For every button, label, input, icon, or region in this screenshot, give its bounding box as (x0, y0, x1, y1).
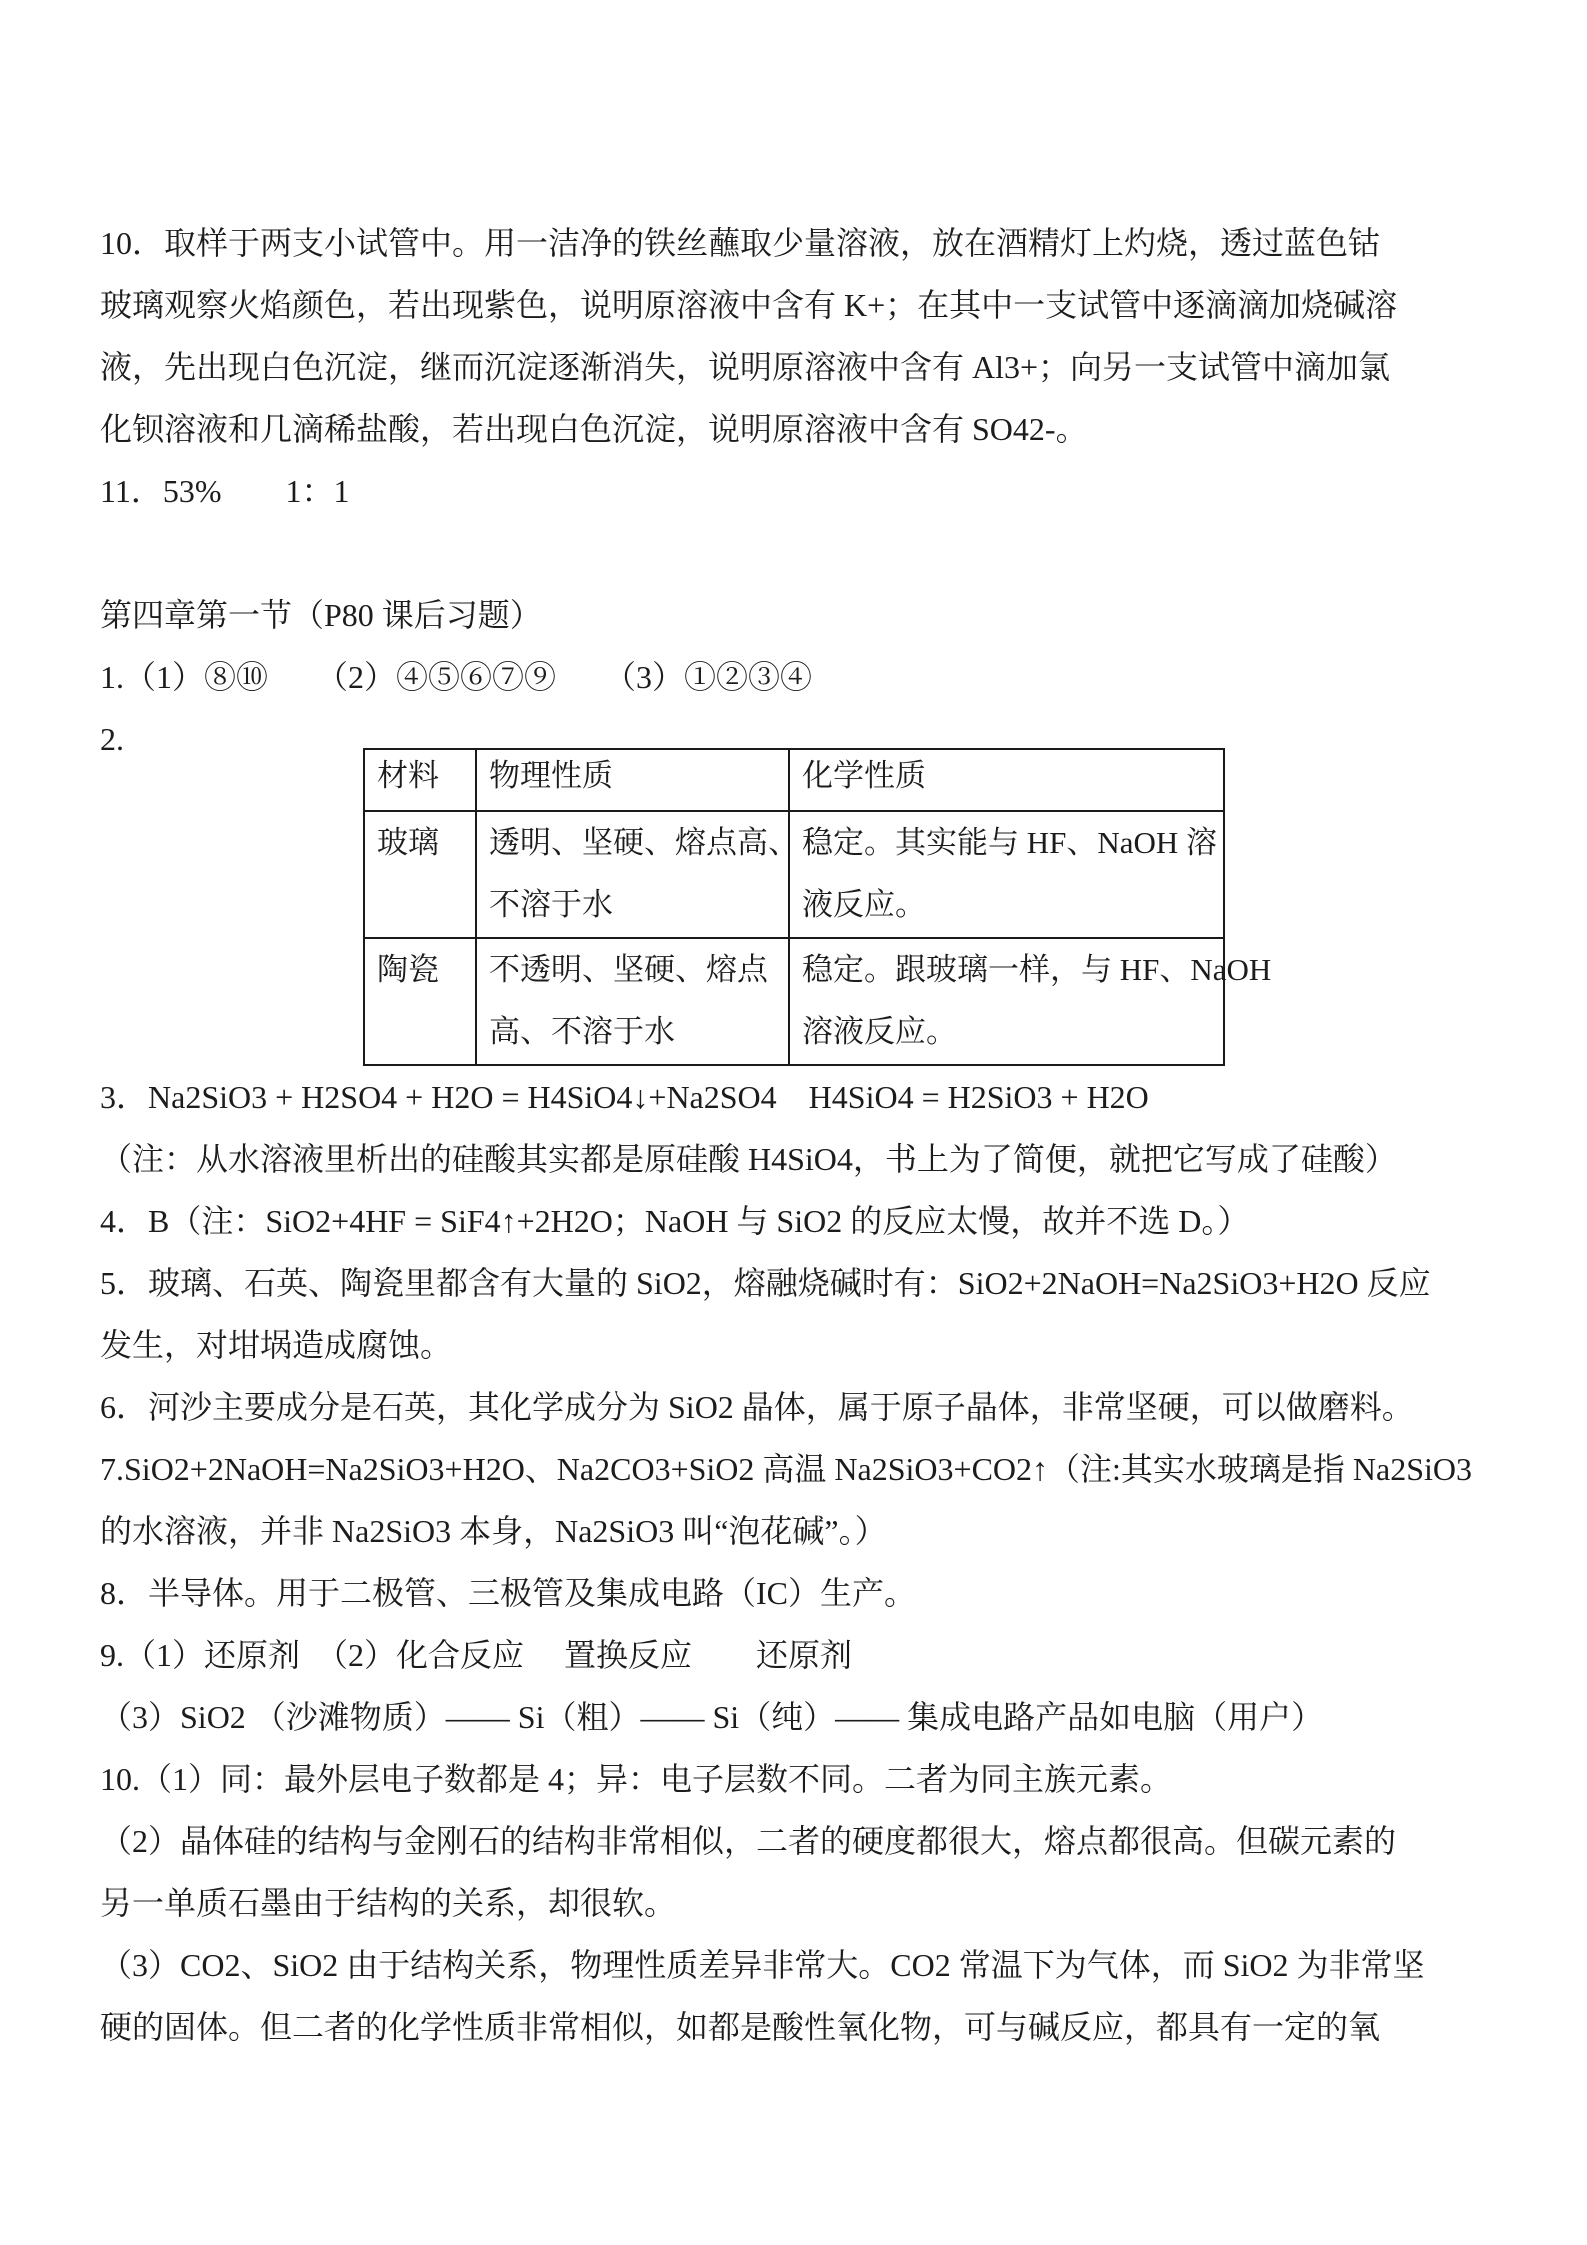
answer-8: 8．半导体。用于二极管、三极管及集成电路（IC）生产。 (100, 1562, 1500, 1624)
table-cell-glass-material: 玻璃 (364, 811, 476, 938)
cell-text: 玻璃 (377, 812, 463, 874)
cell-text: 高、不溶于水 (489, 1001, 776, 1063)
answer-7-line-2: 的水溶液，并非 Na2SiO3 本身，Na2SiO3 叫“泡花碱”。） (100, 1500, 1500, 1562)
table-cell-glass-chemical: 稳定。其实能与 HF、NaOH 溶 液反应。 (789, 811, 1224, 938)
blank-line (100, 522, 1500, 584)
document-content: 10．取样于两支小试管中。用一洁净的铁丝蘸取少量溶液，放在酒精灯上灼烧，透过蓝色… (100, 212, 1500, 2058)
answer-5-line-1: 5．玻璃、石英、陶瓷里都含有大量的 SiO2，熔融烧碱时有：SiO2+2NaOH… (100, 1252, 1500, 1314)
answer-10-line-2: （2）晶体硅的结构与金刚石的结构非常相似，二者的硬度都很大，熔点都很高。但碳元素… (100, 1810, 1500, 1872)
answer-3-line-2: （注：从水溶液里析出的硅酸其实都是原硅酸 H4SiO4，书上为了简便，就把它写成… (100, 1128, 1500, 1190)
answer-11: 11．53% 1：1 (100, 460, 1500, 522)
cell-text: 溶液反应。 (802, 1001, 1211, 1063)
answer-10-line-4: （3）CO2、SiO2 由于结构关系，物理性质差异非常大。CO2 常温下为气体，… (100, 1934, 1500, 1996)
answer-3-line-1: 3．Na2SiO3 + H2SO4 + H2O = H4SiO4↓+Na2SO4… (100, 1066, 1500, 1128)
answer-10-prev-line-1: 10．取样于两支小试管中。用一洁净的铁丝蘸取少量溶液，放在酒精灯上灼烧，透过蓝色… (100, 212, 1500, 274)
answer-1: 1.（1）⑧⑩ （2）④⑤⑥⑦⑨ （3）①②③④ (100, 646, 1500, 708)
table-header-physical: 物理性质 (476, 749, 789, 811)
table-cell-ceramic-chemical: 稳定。跟玻璃一样，与 HF、NaOH 溶液反应。 (789, 938, 1224, 1065)
cell-text: 透明、坚硬、熔点高、 (489, 812, 776, 874)
answer-10-prev-line-2: 玻璃观察火焰颜色，若出现紫色，说明原溶液中含有 K+；在其中一支试管中逐滴滴加烧… (100, 274, 1500, 336)
section-title: 第四章第一节（P80 课后习题） (100, 584, 1500, 646)
table-cell-ceramic-physical: 不透明、坚硬、熔点 高、不溶于水 (476, 938, 789, 1065)
table-row-glass: 玻璃 透明、坚硬、熔点高、 不溶于水 稳定。其实能与 HF、NaOH 溶 液反应… (364, 811, 1224, 938)
answer-10-line-3: 另一单质石墨由于结构的关系，却很软。 (100, 1872, 1500, 1934)
answer-7-line-1: 7.SiO2+2NaOH=Na2SiO3+H2O、Na2CO3+SiO2 高温 … (100, 1438, 1500, 1500)
cell-text: 稳定。其实能与 HF、NaOH 溶 (802, 812, 1211, 874)
answer-9-line-2: （3）SiO2 （沙滩物质）—— Si（粗）—— Si（纯）—— 集成电路产品如… (100, 1686, 1500, 1748)
table-header-material: 材料 (364, 749, 476, 811)
table-cell-glass-physical: 透明、坚硬、熔点高、 不溶于水 (476, 811, 789, 938)
cell-text: 不溶于水 (489, 874, 776, 936)
answer-10-prev-line-3: 液，先出现白色沉淀，继而沉淀逐渐消失，说明原溶液中含有 Al3+；向另一支试管中… (100, 336, 1500, 398)
cell-text: 液反应。 (802, 874, 1211, 936)
answer-5-line-2: 发生，对坩埚造成腐蚀。 (100, 1314, 1500, 1376)
table-row-ceramic: 陶瓷 不透明、坚硬、熔点 高、不溶于水 稳定。跟玻璃一样，与 HF、NaOH 溶… (364, 938, 1224, 1065)
materials-table: 材料 物理性质 化学性质 玻璃 透明、坚硬、熔点高、 不溶于水 稳定。其实能与 … (363, 748, 1225, 1066)
table-header-chemical: 化学性质 (789, 749, 1224, 811)
table-header-row: 材料 物理性质 化学性质 (364, 749, 1224, 811)
answer-9-line-1: 9.（1）还原剂 （2）化合反应 置换反应 还原剂 (100, 1624, 1500, 1686)
cell-text: 稳定。跟玻璃一样，与 HF、NaOH (802, 939, 1211, 1001)
answer-10-prev-line-4: 化钡溶液和几滴稀盐酸，若出现白色沉淀，说明原溶液中含有 SO42-。 (100, 398, 1500, 460)
answer-6: 6．河沙主要成分是石英，其化学成分为 SiO2 晶体，属于原子晶体，非常坚硬，可… (100, 1376, 1500, 1438)
table-cell-ceramic-material: 陶瓷 (364, 938, 476, 1065)
answer-4: 4．B（注：SiO2+4HF = SiF4↑+2H2O；NaOH 与 SiO2 … (100, 1190, 1500, 1252)
answer-10-line-5: 硬的固体。但二者的化学性质非常相似，如都是酸性氧化物，可与碱反应，都具有一定的氧 (100, 1996, 1500, 2058)
cell-text: 陶瓷 (377, 939, 463, 1001)
document-page: 10．取样于两支小试管中。用一洁净的铁丝蘸取少量溶液，放在酒精灯上灼烧，透过蓝色… (0, 0, 1587, 2245)
answer-10-line-1: 10.（1）同：最外层电子数都是 4；异：电子层数不同。二者为同主族元素。 (100, 1748, 1500, 1810)
cell-text: 不透明、坚硬、熔点 (489, 939, 776, 1001)
